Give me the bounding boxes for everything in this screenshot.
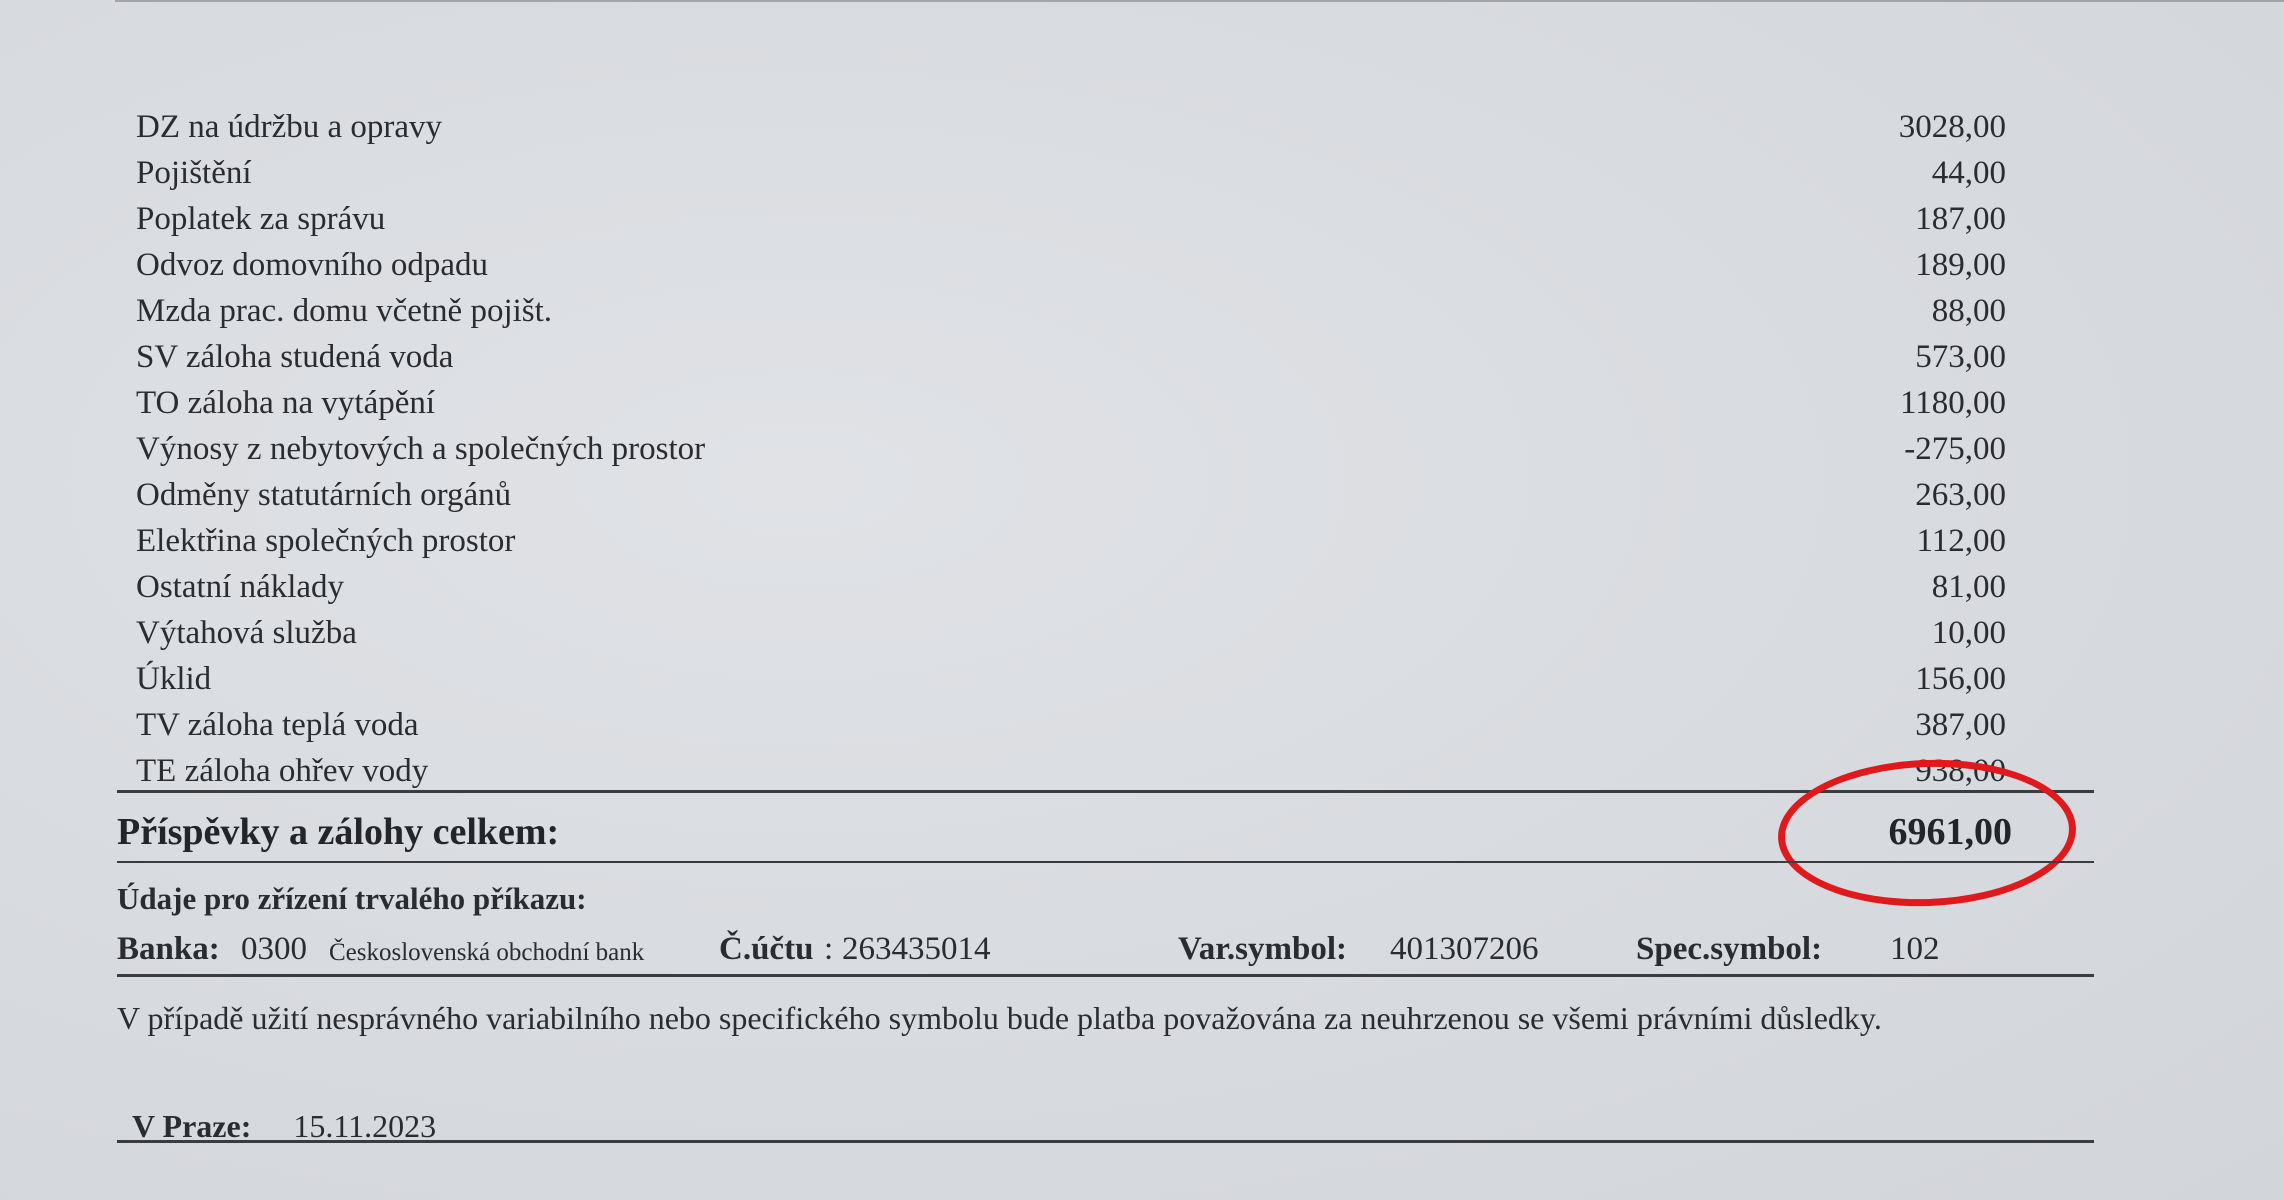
account-label: Č.účtu — [719, 926, 813, 972]
payment-note: V případě užití nesprávného variabilního… — [117, 996, 2077, 1040]
place-label: V Praze: — [132, 1108, 251, 1144]
fee-item-row: Elektřina společných prostor112,00 — [136, 518, 2006, 564]
spec-symbol-label: Spec.symbol: — [1636, 926, 1822, 972]
fee-item-label: Úklid — [136, 656, 211, 702]
spec-symbol-value: 102 — [1890, 926, 1940, 972]
bank-details-row: Banka: 0300 Československá obchodní bank… — [117, 926, 2017, 972]
standing-order-heading: Údaje pro zřízení trvalého příkazu: — [117, 878, 587, 920]
fee-item-label: Odměny statutárních orgánů — [136, 472, 511, 518]
fee-item-label: Elektřina společných prostor — [136, 518, 515, 564]
fee-item-label: Pojištění — [136, 150, 252, 196]
bank-label: Banka: — [117, 926, 220, 972]
fee-item-row: Výtahová služba10,00 — [136, 610, 2006, 656]
fee-item-label: TV záloha teplá voda — [136, 702, 419, 748]
items-divider — [117, 790, 2094, 793]
fee-item-value: 10,00 — [1932, 610, 2006, 656]
account-number: 263435014 — [842, 926, 991, 972]
fee-item-row: TE záloha ohřev vody938,00 — [136, 748, 2006, 794]
total-divider — [117, 861, 2094, 863]
fee-item-row: Výnosy z nebytových a společných prostor… — [136, 426, 2006, 472]
fee-item-value: -275,00 — [1904, 426, 2006, 472]
fee-item-row: TV záloha teplá voda387,00 — [136, 702, 2006, 748]
page-top-edge — [115, 0, 2284, 2]
bottom-divider — [117, 1140, 2094, 1143]
fee-items-list: DZ na údržbu a opravy3028,00Pojištění44,… — [136, 104, 2006, 794]
fee-item-row: DZ na údržbu a opravy3028,00 — [136, 104, 2006, 150]
fee-item-row: Mzda prac. domu včetně pojišt.88,00 — [136, 288, 2006, 334]
fee-item-row: Poplatek za správu187,00 — [136, 196, 2006, 242]
fee-item-value: 112,00 — [1916, 518, 2006, 564]
bank-divider — [117, 974, 2094, 977]
fee-item-row: Odvoz domovního odpadu189,00 — [136, 242, 2006, 288]
fee-item-label: TE záloha ohřev vody — [136, 748, 428, 794]
var-symbol-value: 401307206 — [1390, 926, 1539, 972]
fee-item-row: Ostatní náklady81,00 — [136, 564, 2006, 610]
bank-code: 0300 — [241, 926, 307, 972]
fee-item-label: DZ na údržbu a opravy — [136, 104, 442, 150]
var-symbol-label: Var.symbol: — [1178, 926, 1347, 972]
fee-item-value: 189,00 — [1915, 242, 2006, 288]
fee-item-value: 387,00 — [1915, 702, 2006, 748]
fee-item-row: SV záloha studená voda573,00 — [136, 334, 2006, 380]
fee-item-row: Úklid156,00 — [136, 656, 2006, 702]
fee-item-label: Poplatek za správu — [136, 196, 385, 242]
fee-item-label: Ostatní náklady — [136, 564, 344, 610]
fee-item-value: 263,00 — [1915, 472, 2006, 518]
fee-item-label: TO záloha na vytápění — [136, 380, 435, 426]
total-label: Příspěvky a zálohy celkem: — [117, 806, 559, 858]
fee-item-value: 81,00 — [1932, 564, 2006, 610]
fee-item-label: Mzda prac. domu včetně pojišt. — [136, 288, 552, 334]
bank-name: Československá obchodní bank — [329, 930, 644, 976]
fee-item-value: 187,00 — [1915, 196, 2006, 242]
fee-item-value: 3028,00 — [1899, 104, 2006, 150]
total-row: Příspěvky a zálohy celkem: 6961,00 — [117, 806, 2012, 858]
document-date: 15.11.2023 — [293, 1108, 436, 1144]
fee-item-label: Výtahová služba — [136, 610, 357, 656]
fee-item-value: 156,00 — [1915, 656, 2006, 702]
fee-item-row: Pojištění44,00 — [136, 150, 2006, 196]
fee-item-value: 573,00 — [1915, 334, 2006, 380]
fee-item-value: 44,00 — [1932, 150, 2006, 196]
fee-item-row: TO záloha na vytápění1180,00 — [136, 380, 2006, 426]
fee-item-label: Výnosy z nebytových a společných prostor — [136, 426, 705, 472]
fee-item-label: SV záloha studená voda — [136, 334, 453, 380]
fee-item-row: Odměny statutárních orgánů263,00 — [136, 472, 2006, 518]
fee-item-value: 88,00 — [1932, 288, 2006, 334]
fee-item-value: 1180,00 — [1900, 380, 2006, 426]
fee-item-label: Odvoz domovního odpadu — [136, 242, 488, 288]
